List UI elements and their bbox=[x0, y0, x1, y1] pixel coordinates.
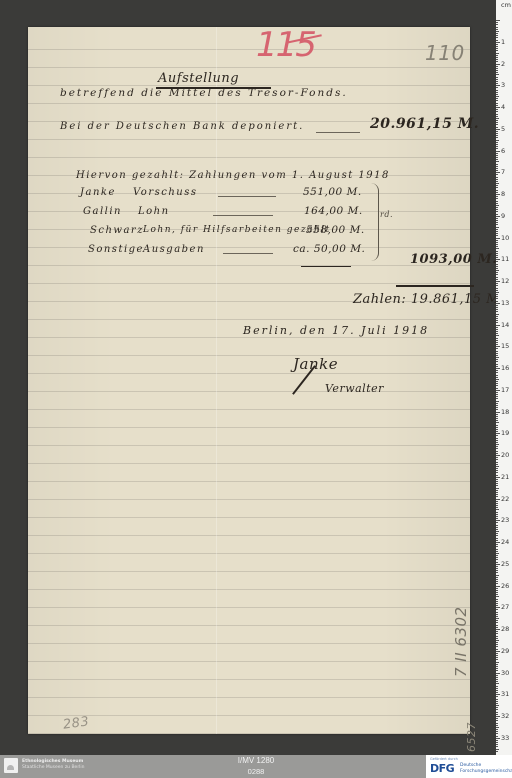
ruler-tick bbox=[496, 599, 498, 600]
ruler-tick bbox=[496, 322, 498, 323]
row-desc: Ausgaben bbox=[143, 244, 205, 255]
ruler-tick bbox=[496, 699, 498, 700]
ruler-tick bbox=[496, 579, 498, 580]
ruler-tick bbox=[496, 153, 498, 154]
ruler-tick bbox=[496, 283, 498, 284]
ruler-tick bbox=[496, 705, 499, 706]
ruler-tick bbox=[496, 124, 498, 125]
ruler-tick bbox=[496, 485, 498, 486]
ruler-tick bbox=[496, 614, 498, 615]
ruler-tick bbox=[496, 333, 498, 334]
ruler-tick bbox=[496, 431, 498, 432]
ruler-tick bbox=[496, 53, 499, 54]
ruler-tick bbox=[496, 407, 498, 408]
ruler-tick bbox=[496, 640, 499, 641]
ruler-tick bbox=[496, 503, 498, 504]
ruler-unit-label: cm bbox=[501, 1, 511, 9]
ruler-tick bbox=[496, 114, 498, 115]
ruler-tick bbox=[496, 664, 498, 665]
ruler-tick bbox=[496, 68, 498, 69]
ruler-tick bbox=[496, 161, 499, 162]
ruler-tick bbox=[496, 192, 498, 193]
ruler-tick bbox=[496, 681, 498, 682]
ruler-tick bbox=[496, 370, 498, 371]
ruler-tick bbox=[496, 257, 498, 258]
ruler-tick bbox=[496, 344, 498, 345]
ruler-tick bbox=[496, 701, 498, 702]
ruler-tick bbox=[496, 135, 498, 136]
ruler-tick bbox=[496, 364, 498, 365]
ruler-tick bbox=[496, 377, 498, 378]
ruler-tick bbox=[496, 74, 499, 75]
ruler-tick bbox=[496, 451, 498, 452]
ruler-tick bbox=[496, 607, 500, 608]
ruler-tick bbox=[496, 64, 500, 65]
ruler-tick bbox=[496, 46, 498, 47]
ruler-tick bbox=[496, 690, 498, 691]
pencil-note-small: 6527 bbox=[465, 722, 478, 752]
ruler-label: 8 bbox=[501, 190, 505, 198]
ruler-tick bbox=[496, 542, 500, 543]
ruler-tick bbox=[496, 714, 498, 715]
ruler-tick bbox=[496, 746, 498, 747]
ruler-tick bbox=[496, 427, 498, 428]
ruler-tick bbox=[496, 749, 499, 750]
ruler-tick bbox=[496, 568, 498, 569]
ruler-label: 1 bbox=[501, 38, 505, 46]
ruler-tick bbox=[496, 442, 498, 443]
ruler-tick bbox=[496, 566, 498, 567]
ruler-tick bbox=[496, 538, 498, 539]
ruler-tick bbox=[496, 455, 500, 456]
brace-note: rd. bbox=[380, 210, 393, 219]
ruler-tick bbox=[496, 429, 498, 430]
ruler-tick bbox=[496, 731, 498, 732]
ruler-tick bbox=[496, 196, 498, 197]
row-name: Schwarz bbox=[90, 225, 144, 236]
ruler-tick bbox=[496, 109, 498, 110]
ruler-tick bbox=[496, 483, 498, 484]
ruler-tick bbox=[496, 48, 498, 49]
ruler-tick bbox=[496, 203, 498, 204]
ruler-tick bbox=[496, 718, 498, 719]
ruler-tick bbox=[496, 751, 498, 752]
ruler-label: 5 bbox=[501, 125, 505, 133]
ruler-tick bbox=[496, 303, 500, 304]
ruler-tick bbox=[496, 733, 498, 734]
ruler-tick bbox=[496, 325, 500, 326]
ruler-tick bbox=[496, 446, 498, 447]
ruler-tick bbox=[496, 331, 498, 332]
centimeter-ruler: cm 1234567891011121314151617181920212223… bbox=[496, 0, 512, 755]
ruler-tick bbox=[496, 40, 498, 41]
ruler-tick bbox=[496, 470, 498, 471]
ruler-tick bbox=[496, 351, 498, 352]
ruler-tick bbox=[496, 544, 498, 545]
ruler-tick bbox=[496, 288, 498, 289]
dfg-logo-icon: DFG bbox=[430, 762, 454, 775]
ruler-tick bbox=[496, 549, 498, 550]
ruler-tick bbox=[496, 727, 499, 728]
ruler-tick bbox=[496, 488, 499, 489]
ruler-tick bbox=[496, 381, 498, 382]
ruler-label: 15 bbox=[501, 342, 509, 350]
ruler-tick bbox=[496, 629, 500, 630]
ruler-tick bbox=[496, 96, 499, 97]
ruler-tick bbox=[496, 557, 498, 558]
row-name: Sonstige bbox=[88, 244, 144, 255]
ruler-tick bbox=[496, 85, 500, 86]
ruler-label: 7 bbox=[501, 168, 505, 176]
pencil-inventory-number: 7 II 6302 bbox=[452, 606, 470, 677]
ruler-tick bbox=[496, 657, 498, 658]
ruler-label: 32 bbox=[501, 712, 509, 720]
ruler-tick bbox=[496, 79, 498, 80]
ruler-tick bbox=[496, 116, 498, 117]
ruler-tick bbox=[496, 479, 498, 480]
ruler-tick bbox=[496, 353, 498, 354]
leader-dash bbox=[316, 132, 360, 133]
ruler-tick bbox=[496, 305, 498, 306]
ruler-tick bbox=[496, 35, 498, 36]
ruler-tick bbox=[496, 42, 500, 43]
ruler-tick bbox=[496, 72, 498, 73]
ruler-tick bbox=[496, 340, 498, 341]
sum-amount: 1093,00 M. bbox=[410, 252, 497, 267]
ruler-tick bbox=[496, 412, 500, 413]
ruler-tick bbox=[496, 81, 498, 82]
ruler-label: 29 bbox=[501, 647, 509, 655]
place-date-line: Berlin, den 17. Juli 1918 bbox=[243, 324, 429, 337]
ruler-tick bbox=[496, 646, 498, 647]
ruler-tick bbox=[496, 653, 498, 654]
ruler-tick bbox=[496, 346, 500, 347]
ruler-tick bbox=[496, 581, 498, 582]
ruler-tick bbox=[496, 644, 498, 645]
ruler-tick bbox=[496, 220, 498, 221]
ruler-label: 17 bbox=[501, 386, 509, 394]
ruler-tick bbox=[496, 229, 498, 230]
ruler-tick bbox=[496, 509, 499, 510]
ruler-tick bbox=[496, 392, 498, 393]
ruler-tick bbox=[496, 27, 498, 28]
curly-brace bbox=[371, 183, 379, 261]
ruler-tick bbox=[496, 468, 498, 469]
ruler-tick bbox=[496, 146, 498, 147]
ruler-tick bbox=[496, 268, 498, 269]
ruler-tick bbox=[496, 311, 498, 312]
ruler-tick bbox=[496, 586, 500, 587]
ruler-tick bbox=[496, 144, 498, 145]
ruler-tick bbox=[496, 420, 498, 421]
ruler-tick bbox=[496, 453, 498, 454]
ruler-tick bbox=[496, 187, 498, 188]
ruler-tick bbox=[496, 57, 498, 58]
ruler-tick bbox=[496, 631, 498, 632]
ruler-tick bbox=[496, 359, 498, 360]
ruler-tick bbox=[496, 314, 499, 315]
funder-label: Gefördert durch bbox=[430, 757, 458, 761]
ruler-tick bbox=[496, 174, 498, 175]
ruler-tick bbox=[496, 55, 498, 56]
ruler-tick bbox=[496, 605, 498, 606]
ruler-label: 20 bbox=[501, 451, 509, 459]
ruler-tick bbox=[496, 137, 498, 138]
ruler-tick bbox=[496, 242, 498, 243]
ruler-tick bbox=[496, 266, 498, 267]
ruler-tick bbox=[496, 274, 498, 275]
ruler-tick bbox=[496, 50, 498, 51]
ruler-tick bbox=[496, 642, 498, 643]
document-subtitle: betreffend die Mittel des Tresor-Fonds. bbox=[60, 87, 348, 99]
ruler-label: 21 bbox=[501, 473, 509, 481]
ruler-tick bbox=[496, 716, 500, 717]
ruler-tick bbox=[496, 425, 498, 426]
ruler-tick bbox=[496, 129, 500, 130]
ruler-tick bbox=[496, 338, 498, 339]
ruler-tick bbox=[496, 233, 498, 234]
ruler-tick bbox=[496, 531, 499, 532]
ruler-tick bbox=[496, 529, 498, 530]
ruler-tick bbox=[496, 235, 498, 236]
ruler-tick bbox=[496, 327, 498, 328]
ruler-tick bbox=[496, 522, 498, 523]
ruler-tick bbox=[496, 612, 498, 613]
ruler-tick bbox=[496, 609, 498, 610]
ruler-label: 22 bbox=[501, 495, 509, 503]
ruler-tick bbox=[496, 546, 498, 547]
ruler-tick bbox=[496, 388, 498, 389]
ruler-tick bbox=[496, 596, 499, 597]
ruler-tick bbox=[496, 366, 498, 367]
ruler-tick bbox=[496, 248, 499, 249]
ruler-tick bbox=[496, 738, 500, 739]
ruler-label: 3 bbox=[501, 81, 505, 89]
ruler-tick bbox=[496, 375, 498, 376]
ruler-tick bbox=[496, 33, 498, 34]
ruler-tick bbox=[496, 31, 499, 32]
ruler-tick bbox=[496, 572, 498, 573]
ruler-tick bbox=[496, 444, 499, 445]
ruler-tick bbox=[496, 492, 498, 493]
ruler-tick bbox=[496, 659, 498, 660]
ruler-tick bbox=[496, 577, 498, 578]
ruler-tick bbox=[496, 636, 498, 637]
ruler-tick bbox=[496, 100, 498, 101]
ruler-tick bbox=[496, 448, 498, 449]
ruler-tick bbox=[496, 740, 498, 741]
ruler-tick bbox=[496, 218, 498, 219]
folio-number-red: 115 bbox=[256, 25, 315, 65]
ruler-tick bbox=[496, 133, 498, 134]
ruler-tick bbox=[496, 525, 498, 526]
ruler-tick bbox=[496, 720, 498, 721]
ruler-tick bbox=[496, 505, 498, 506]
ruler-tick bbox=[496, 409, 498, 410]
ruler-tick bbox=[496, 92, 498, 93]
ruler-tick bbox=[496, 244, 498, 245]
ruler-tick bbox=[496, 477, 500, 478]
ruler-tick bbox=[496, 570, 498, 571]
ruler-tick bbox=[496, 61, 498, 62]
ruler-tick bbox=[496, 742, 498, 743]
ruler-tick bbox=[496, 627, 498, 628]
funder-name-line2: Forschungsgemeinschaft bbox=[460, 769, 512, 774]
remaining-balance: Zahlen: 19.861,15 M. bbox=[353, 292, 505, 307]
funder-name-line1: Deutsche bbox=[460, 763, 481, 768]
ruler-tick bbox=[496, 564, 500, 565]
ruler-tick bbox=[496, 625, 498, 626]
row-desc: Vorschuss bbox=[133, 187, 197, 198]
ruler-tick bbox=[496, 401, 499, 402]
document-page: 115 110 Aufstellung betreffend die Mitte… bbox=[28, 27, 470, 734]
ruler-tick bbox=[496, 348, 498, 349]
ruler-tick bbox=[496, 122, 498, 123]
ruler-tick bbox=[496, 414, 498, 415]
ruler-tick bbox=[496, 357, 499, 358]
ruler-tick bbox=[496, 696, 498, 697]
ruler-tick bbox=[496, 111, 498, 112]
ruler-tick bbox=[496, 709, 498, 710]
ruler-tick bbox=[496, 416, 498, 417]
ruler-tick bbox=[496, 466, 499, 467]
ruler-tick bbox=[496, 320, 498, 321]
ruler-tick bbox=[496, 516, 498, 517]
ruler-tick bbox=[496, 172, 500, 173]
ruler-tick bbox=[496, 335, 499, 336]
ruler-label: 4 bbox=[501, 103, 505, 111]
ruler-tick bbox=[496, 562, 498, 563]
row-amount: 558,00 M. bbox=[306, 224, 365, 236]
ruler-tick bbox=[496, 583, 498, 584]
row-desc: Lohn bbox=[138, 206, 170, 217]
ruler-tick bbox=[496, 433, 500, 434]
ruler-tick bbox=[496, 120, 498, 121]
ruler-tick bbox=[496, 259, 500, 260]
ruler-tick bbox=[496, 194, 500, 195]
ruler-tick bbox=[496, 457, 498, 458]
ruler-tick bbox=[496, 459, 498, 460]
ruler-tick bbox=[496, 398, 498, 399]
ruler-tick bbox=[496, 594, 498, 595]
ruler-label: 13 bbox=[501, 299, 509, 307]
ruler-tick bbox=[496, 651, 500, 652]
ruler-tick bbox=[496, 140, 499, 141]
ruler-label: 6 bbox=[501, 147, 505, 155]
ruler-tick bbox=[496, 151, 500, 152]
ruler-tick bbox=[496, 575, 499, 576]
ruler-tick bbox=[496, 214, 498, 215]
ruler-tick bbox=[496, 255, 498, 256]
ruler-tick bbox=[496, 683, 499, 684]
ruler-tick bbox=[496, 729, 498, 730]
ruler-tick bbox=[496, 383, 498, 384]
leader-dash bbox=[213, 215, 273, 216]
ruler-tick bbox=[496, 559, 498, 560]
ruler-tick bbox=[496, 673, 500, 674]
ruler-tick bbox=[496, 20, 500, 21]
ruler-tick bbox=[496, 222, 498, 223]
ruler-tick bbox=[496, 166, 498, 167]
ruler-tick bbox=[496, 514, 498, 515]
ruler-tick bbox=[496, 686, 498, 687]
document-title: Aufstellung bbox=[158, 71, 239, 86]
ruler-tick bbox=[496, 170, 498, 171]
ruler-label: 26 bbox=[501, 582, 509, 590]
ruler-tick bbox=[496, 688, 498, 689]
ruler-tick bbox=[496, 588, 498, 589]
ruler-tick bbox=[496, 142, 498, 143]
ruler-tick bbox=[496, 527, 498, 528]
ruler-tick bbox=[496, 205, 499, 206]
ruler-tick bbox=[496, 601, 498, 602]
ruler-tick bbox=[496, 224, 498, 225]
ruler-tick bbox=[496, 620, 498, 621]
ruler-label: 24 bbox=[501, 538, 509, 546]
ruler-label: 2 bbox=[501, 60, 505, 68]
ruler-tick bbox=[496, 694, 500, 695]
ruler-label: 11 bbox=[501, 255, 509, 263]
ruler-label: 14 bbox=[501, 321, 509, 329]
ruler-tick bbox=[496, 155, 498, 156]
ruler-tick bbox=[496, 87, 498, 88]
ruler-tick bbox=[496, 472, 498, 473]
ruler-tick bbox=[496, 253, 498, 254]
ruler-tick bbox=[496, 103, 498, 104]
ruler-tick bbox=[496, 385, 498, 386]
ruler-tick bbox=[496, 238, 500, 239]
ruler-tick bbox=[496, 22, 498, 23]
ruler-tick bbox=[496, 462, 498, 463]
ruler-tick bbox=[496, 164, 498, 165]
ruler-tick bbox=[496, 372, 498, 373]
ruler-tick bbox=[496, 168, 498, 169]
ruler-tick bbox=[496, 279, 498, 280]
ruler-tick bbox=[496, 440, 498, 441]
footer-bar: Ethnologisches Museum Staatliche Museen … bbox=[0, 755, 512, 778]
ruler-tick bbox=[496, 190, 498, 191]
ruler-label: 31 bbox=[501, 690, 509, 698]
row-amount: ca. 50,00 M. bbox=[293, 243, 365, 255]
ruler-tick bbox=[496, 264, 498, 265]
ruler-label: 12 bbox=[501, 277, 509, 285]
ruler-tick bbox=[496, 231, 498, 232]
ruler-tick bbox=[496, 159, 498, 160]
payments-heading: Hiervon gezahlt: Zahlungen vom 1. August… bbox=[76, 170, 390, 181]
bank-deposit-amount: 20.961,15 M. bbox=[370, 116, 479, 132]
ruler-tick bbox=[496, 535, 498, 536]
ruler-tick bbox=[496, 692, 498, 693]
ruler-tick bbox=[496, 622, 498, 623]
ruler-tick bbox=[496, 298, 498, 299]
ruler-tick bbox=[496, 251, 498, 252]
ruler-tick bbox=[496, 285, 498, 286]
sum-rule bbox=[396, 285, 474, 287]
ruler-tick bbox=[496, 744, 498, 745]
ruler-tick bbox=[496, 127, 498, 128]
ruler-tick bbox=[496, 342, 498, 343]
ruler-tick bbox=[496, 240, 498, 241]
ruler-tick bbox=[496, 94, 498, 95]
ruler-tick bbox=[496, 670, 498, 671]
signature-role: Verwalter bbox=[325, 382, 384, 395]
ruler-label: 30 bbox=[501, 669, 509, 677]
ruler-tick bbox=[496, 481, 498, 482]
paper-fold bbox=[216, 27, 217, 734]
ruler-tick bbox=[496, 507, 498, 508]
ruler-label: 18 bbox=[501, 408, 509, 416]
ruler-tick bbox=[496, 83, 498, 84]
